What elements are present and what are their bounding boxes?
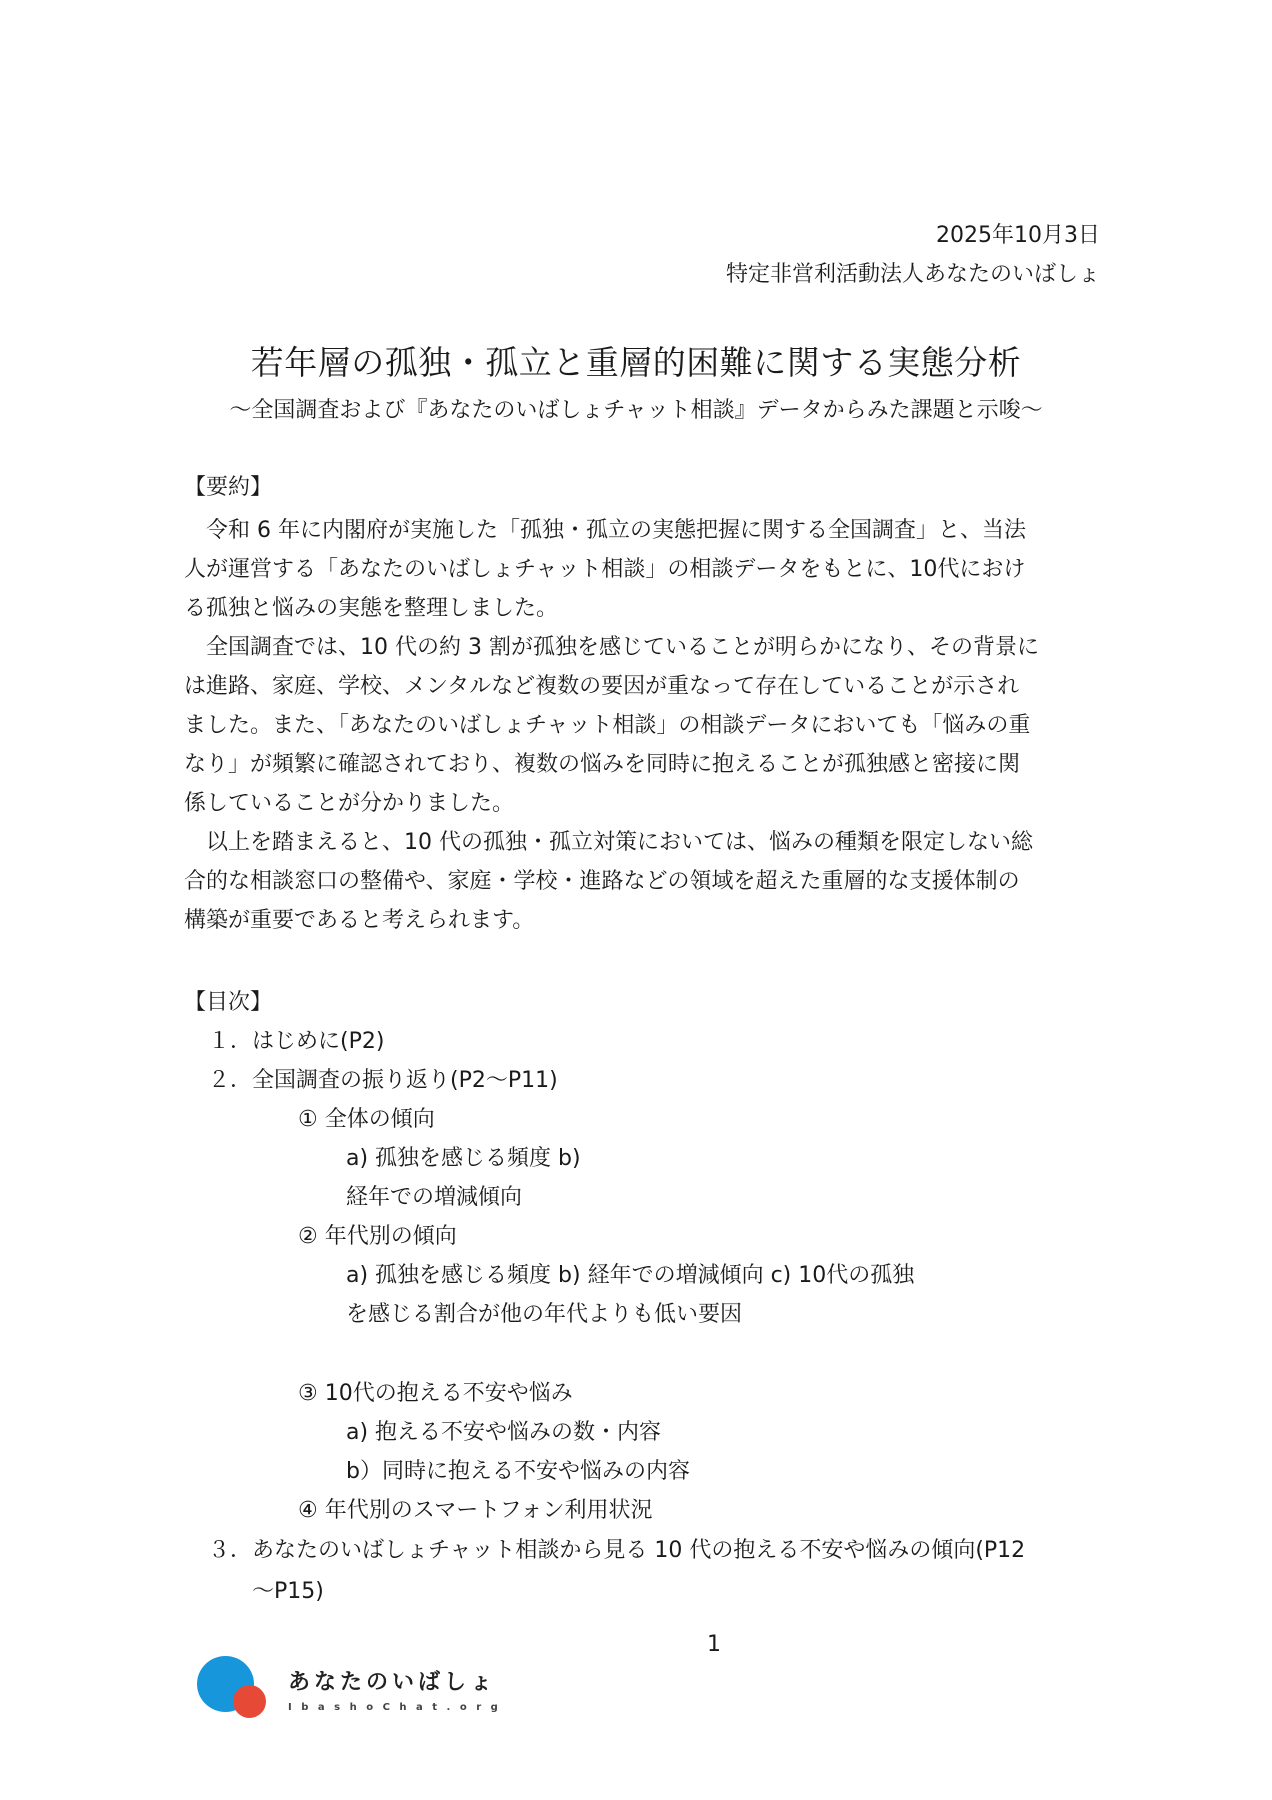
summary-line: 合的な相談窓口の整備や、家庭・学校・進路などの領域を超えた重層的な支援体制の [184,862,1039,901]
toc-subitem-1: ① 全体の傾向 [298,1102,435,1133]
summary-body: 令和 6 年に内閣府が実施した「孤独・孤立の実態把握に関する全国調査」と、当法 … [184,511,1039,940]
logo-red-circle-icon [233,1685,266,1718]
toc-subitem-3: ③ 10代の抱える不安や悩み [298,1376,573,1407]
summary-line: る孤独と悩みの実態を整理しました。 [184,589,1039,628]
document-title: 若年層の孤独・孤立と重層的困難に関する実態分析 [0,337,1272,384]
toc-subitem-4: ④ 年代別のスマートフォン利用状況 [298,1493,653,1524]
toc-subitem-3-detail-a: a) 抱える不安や悩みの数・内容 [346,1415,661,1446]
toc-item-3-cont: ～P15) [252,1574,324,1605]
summary-line: ました。また、「あなたのいばしょチャット相談」の相談データにおいても「悩みの重 [184,706,1039,745]
summary-line: 係していることが分かりました。 [184,784,1039,823]
summary-line: 全国調査では、10 代の約 3 割が孤独を感じていることが明らかになり、その背景… [184,628,1039,667]
document-subtitle: ～全国調査および『あなたのいばしょチャット相談』データからみた課題と示唆～ [0,393,1272,424]
logo-name: あなたのいばしょ [288,1665,496,1696]
document-date: 2025年10月3日 [936,218,1100,249]
toc-subitem-1-detail: a) 孤独を感じる頻度 b) [346,1141,581,1172]
page-number: 1 [707,1632,721,1657]
toc-item-2: ２．全国調査の振り返り(P2～P11) [208,1063,558,1094]
toc-subitem-2: ② 年代別の傾向 [298,1219,457,1250]
organization-name: 特定非営利活動法人あなたのいばしょ [726,257,1100,288]
summary-heading: 【要約】 [184,470,272,501]
toc-subitem-3-detail-b: b）同時に抱える不安や悩みの内容 [346,1454,690,1485]
summary-line: なり」が頻繁に確認されており、複数の悩みを同時に抱えることが孤独感と密接に関 [184,745,1039,784]
summary-line: は進路、家庭、学校、メンタルなど複数の要因が重なって存在していることが示され [184,667,1039,706]
summary-line: 以上を踏まえると、10 代の孤独・孤立対策においては、悩みの種類を限定しない総 [184,823,1039,862]
toc-subitem-2-detail: a) 孤独を感じる頻度 b) 経年での増減傾向 c) 10代の孤独 [346,1258,914,1289]
logo-url: IbashoChat.org [288,1702,507,1713]
summary-line: 人が運営する「あなたのいばしょチャット相談」の相談データをもとに、10代におけ [184,550,1039,589]
toc-item-1: １．はじめに(P2) [208,1024,384,1055]
toc-subitem-2-detail-cont: を感じる割合が他の年代よりも低い要因 [346,1297,742,1328]
summary-line: 令和 6 年に内閣府が実施した「孤独・孤立の実態把握に関する全国調査」と、当法 [184,511,1039,550]
toc-item-3: ３．あなたのいばしょチャット相談から見る 10 代の抱える不安や悩みの傾向(P1… [208,1533,1025,1564]
summary-line: 構築が重要であると考えられます。 [184,901,1039,940]
toc-subitem-1-detail-cont: 経年での増減傾向 [346,1180,522,1211]
toc-heading: 【目次】 [184,985,272,1016]
